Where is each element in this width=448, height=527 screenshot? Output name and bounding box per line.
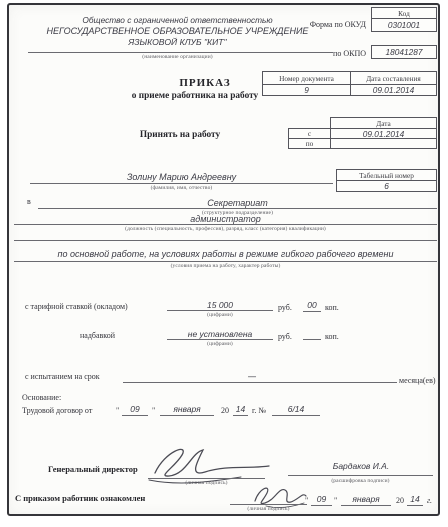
contract-close-quote: " xyxy=(152,406,155,415)
salary-rule xyxy=(167,310,273,311)
employee-name-caption: (фамилия, имя, отчество) xyxy=(30,185,333,191)
ack-year: 14 xyxy=(407,494,423,506)
ack-month: января xyxy=(341,494,391,506)
okpo-label: по ОКПО xyxy=(268,49,366,58)
salary-label: с тарифной ставкой (окладом) xyxy=(25,302,128,311)
doc-number-value: 9 xyxy=(262,84,351,96)
salary-digits-caption: (цифрами) xyxy=(167,312,273,318)
allowance-label: надбавкой xyxy=(80,331,115,340)
okpo-value-cell: 18041287 xyxy=(371,45,437,59)
contract-open-quote: " xyxy=(116,406,119,415)
director-name-rule xyxy=(288,475,433,476)
contract-month: января xyxy=(160,404,214,416)
ack-open-quote: " xyxy=(305,496,308,505)
position-rule xyxy=(14,224,437,225)
allowance-kop-rule xyxy=(303,339,321,340)
allowance-rub-label: руб. xyxy=(278,332,292,341)
personnel-number-value: 6 xyxy=(336,180,437,192)
salary-rub-label: руб. xyxy=(278,303,292,312)
order-title: ПРИКАЗ xyxy=(150,77,260,89)
contract-label: Трудовой договор от xyxy=(22,406,92,415)
allowance-rule xyxy=(167,339,273,340)
org-name-line2: ЯЗЫКОВОЙ КЛУБ "КИТ" xyxy=(20,37,335,47)
doc-number-header: Номер документа xyxy=(262,71,351,85)
ack-sign-rule xyxy=(230,504,307,505)
salary-value: 15 000 xyxy=(167,300,273,310)
in-label: в xyxy=(27,197,31,206)
ack-year-suffix: г. xyxy=(427,496,432,505)
basis-label: Основание: xyxy=(22,393,61,402)
position-caption: (должность (специальность, профессия), р… xyxy=(14,226,437,232)
department-value: Секретариат xyxy=(38,198,437,208)
employee-name-rule xyxy=(30,183,333,184)
ack-day: 09 xyxy=(311,494,332,506)
probation-rule xyxy=(123,382,397,383)
conditions-rule xyxy=(14,261,437,262)
director-sign-rule xyxy=(148,478,265,479)
ack-close-quote: " xyxy=(334,496,337,505)
contract-number-label: г. № xyxy=(252,406,266,415)
allowance-value: не установлена xyxy=(167,329,273,339)
employee-name: Золину Марию Андреевну xyxy=(30,172,333,182)
scanned-order-document: Общество с ограниченной ответственностью… xyxy=(0,0,448,527)
contract-number: 6/14 xyxy=(272,404,320,416)
ack-year-prefix: 20 xyxy=(396,496,404,505)
contract-year-prefix: 20 xyxy=(221,406,229,415)
okud-value-cell: 0301001 xyxy=(371,18,437,32)
empty-rule xyxy=(14,240,437,241)
doc-date-value: 09.01.2014 xyxy=(350,84,437,96)
allowance-kop-label: коп. xyxy=(325,332,339,341)
director-name: Бардаков И.А. xyxy=(290,461,432,471)
period-to-label: по xyxy=(288,138,331,149)
allowance-digits-caption: (цифрами) xyxy=(167,341,273,347)
contract-day: 09 xyxy=(122,404,148,416)
director-label: Генеральный директор xyxy=(48,464,138,474)
probation-months-label: месяца(ев) xyxy=(399,376,436,385)
acknowledgement-label: С приказом работник ознакомлен xyxy=(15,493,145,503)
okud-label: Форма по ОКУД xyxy=(268,20,366,29)
salary-kop-label: коп. xyxy=(325,303,339,312)
period-to-value xyxy=(330,138,437,149)
conditions-caption: (условия приема на работу, характер рабо… xyxy=(14,263,437,269)
hire-label: Принять на работу xyxy=(115,130,245,140)
probation-value: — xyxy=(248,372,256,381)
doc-date-header: Дата составления xyxy=(350,71,437,85)
probation-label: с испытанием на срок xyxy=(25,372,100,381)
conditions-value: по основной работе, на условиях работы в… xyxy=(14,249,437,259)
salary-kop-value: 00 xyxy=(303,300,321,312)
contract-year: 14 xyxy=(233,404,248,416)
position-value: администратор xyxy=(14,214,437,224)
ack-sign-caption: (личная подпись) xyxy=(230,506,307,512)
department-rule xyxy=(38,208,437,209)
